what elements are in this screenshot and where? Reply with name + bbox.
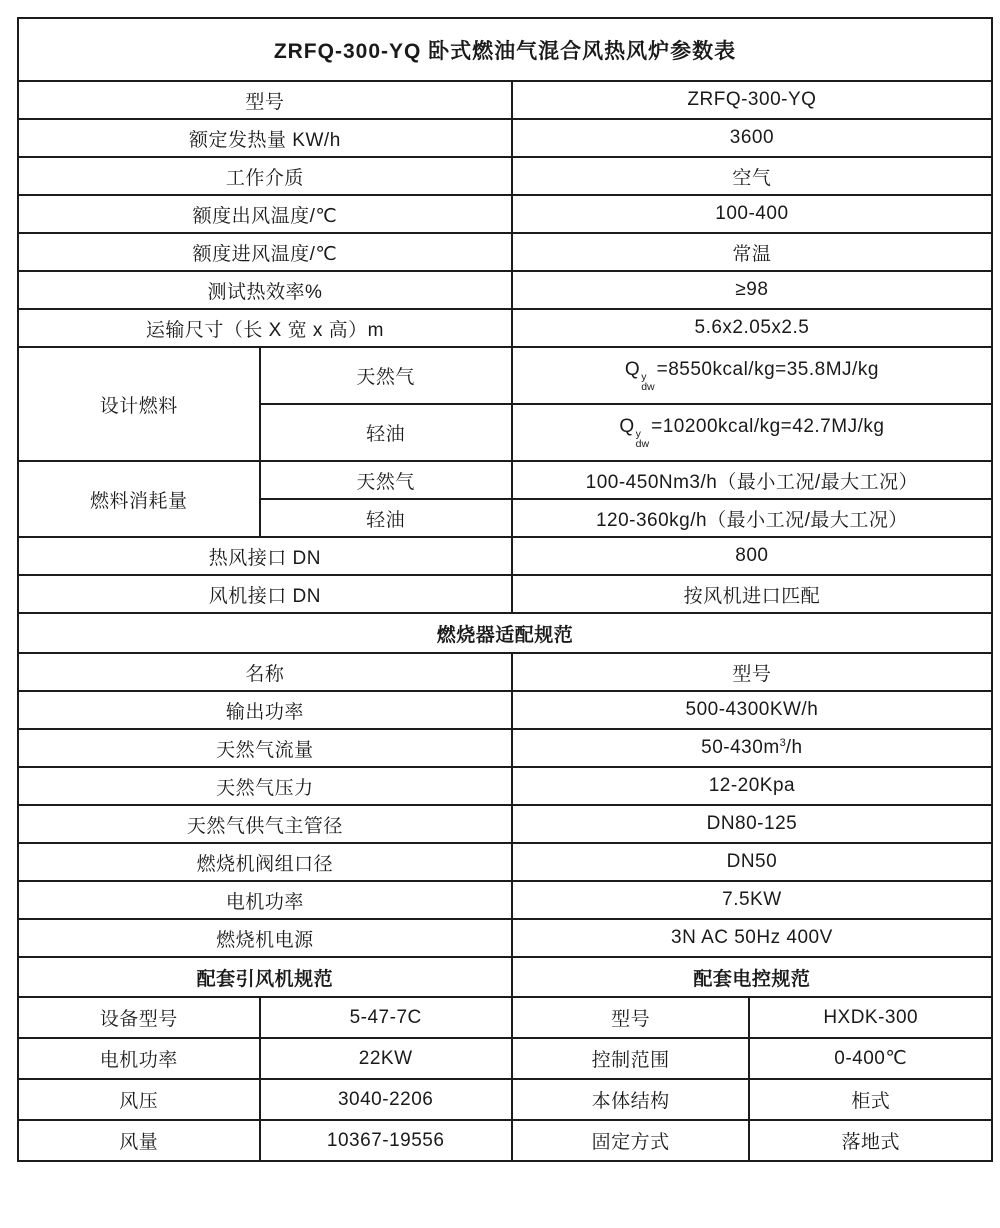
table-row-burner-power-supply: 燃烧机电源 3N AC 50Hz 400V (18, 919, 992, 957)
row-label: 型号 (18, 81, 512, 119)
row-label: 风机接口 DN (18, 575, 512, 613)
row-label: 热风接口 DN (18, 537, 512, 575)
consumption-value: 120-360kg/h（最小工况/最大工况） (512, 499, 992, 537)
row-value: 100-400 (512, 195, 992, 233)
fan-spec-value: 10367-19556 (260, 1120, 512, 1161)
q-supsub: ydw (641, 372, 654, 393)
table-row-output-power: 输出功率 500-4300KW/h (18, 691, 992, 729)
table-row-gas-flow: 天然气流量 50-430m3/h (18, 729, 992, 767)
heat-value-cell: Qydw=8550kcal/kg=35.8MJ/kg (512, 347, 992, 404)
row-value: 12-20Kpa (512, 767, 992, 805)
q-subscript: dw (636, 439, 649, 450)
table-row-fan-port: 风机接口 DN 按风机进口匹配 (18, 575, 992, 613)
row-label: 天然气供气主管径 (18, 805, 512, 843)
control-spec-value: 0-400℃ (749, 1038, 992, 1079)
gas-flow-pre: 50-430m (701, 737, 780, 758)
row-value: 7.5KW (512, 881, 992, 919)
fuel-type-label: 轻油 (260, 404, 512, 461)
row-label: 测试热效率% (18, 271, 512, 309)
table-row-burner-name: 名称 型号 (18, 653, 992, 691)
row-value: 空气 (512, 157, 992, 195)
table-row-design-fuel-gas: 设计燃料 天然气 Qydw=8550kcal/kg=35.8MJ/kg (18, 347, 992, 404)
row-value: DN80-125 (512, 805, 992, 843)
table-row-motor-power: 电机功率 7.5KW (18, 881, 992, 919)
table-row-air-volume: 风量 10367-19556 固定方式 落地式 (18, 1120, 992, 1161)
row-value: DN50 (512, 843, 992, 881)
row-label: 燃烧机电源 (18, 919, 512, 957)
table-row-inlet-temp: 额度进风温度/℃ 常温 (18, 233, 992, 271)
table-row-gas-pressure: 天然气压力 12-20Kpa (18, 767, 992, 805)
heat-value-cell: Qydw=10200kcal/kg=42.7MJ/kg (512, 404, 992, 461)
row-value: 型号 (512, 653, 992, 691)
table-row-hot-air-port: 热风接口 DN 800 (18, 537, 992, 575)
fan-spec-label: 设备型号 (18, 997, 260, 1038)
consumption-value: 100-450Nm3/h（最小工况/最大工况） (512, 461, 992, 499)
burner-section-header-row: 燃烧器适配规范 (18, 613, 992, 653)
table-row-valve-diameter: 燃烧机阀组口径 DN50 (18, 843, 992, 881)
row-label: 电机功率 (18, 881, 512, 919)
table-row-outlet-temp: 额度出风温度/℃ 100-400 (18, 195, 992, 233)
q-base: Q (625, 359, 640, 380)
furnace-spec-table: ZRFQ-300-YQ 卧式燃油气混合风热风炉参数表 型号 ZRFQ-300-Y… (17, 17, 993, 1162)
fan-spec-value: 5-47-7C (260, 997, 512, 1038)
control-spec-value: HXDK-300 (749, 997, 992, 1038)
control-spec-label: 本体结构 (512, 1079, 750, 1120)
row-label: 额定发热量 KW/h (18, 119, 512, 157)
q-base: Q (619, 416, 634, 437)
row-label: 额度进风温度/℃ (18, 233, 512, 271)
design-fuel-label: 设计燃料 (18, 347, 260, 461)
table-row-rated-heat: 额定发热量 KW/h 3600 (18, 119, 992, 157)
control-spec-label: 型号 (512, 997, 750, 1038)
fan-section-header: 配套引风机规范 (18, 957, 512, 997)
row-value: 常温 (512, 233, 992, 271)
row-value: 按风机进口匹配 (512, 575, 992, 613)
table-row-gas-main-pipe: 天然气供气主管径 DN80-125 (18, 805, 992, 843)
row-value: 5.6x2.05x2.5 (512, 309, 992, 347)
control-spec-label: 固定方式 (512, 1120, 750, 1161)
row-value: ZRFQ-300-YQ (512, 81, 992, 119)
fan-spec-value: 22KW (260, 1038, 512, 1079)
row-label: 燃烧机阀组口径 (18, 843, 512, 881)
table-row-consumption-gas: 燃料消耗量 天然气 100-450Nm3/h（最小工况/最大工况） (18, 461, 992, 499)
row-label: 额度出风温度/℃ (18, 195, 512, 233)
table-row-device-model: 设备型号 5-47-7C 型号 HXDK-300 (18, 997, 992, 1038)
control-spec-label: 控制范围 (512, 1038, 750, 1079)
row-value: 3600 (512, 119, 992, 157)
gas-flow-value: 50-430m3/h (512, 729, 992, 767)
table-row-wind-pressure: 风压 3040-2206 本体结构 柜式 (18, 1079, 992, 1120)
table-title: ZRFQ-300-YQ 卧式燃油气混合风热风炉参数表 (18, 18, 992, 81)
q-rest: =10200kcal/kg=42.7MJ/kg (651, 416, 884, 437)
fan-spec-label: 风压 (18, 1079, 260, 1120)
fuel-consumption-label: 燃料消耗量 (18, 461, 260, 537)
fan-spec-label: 风量 (18, 1120, 260, 1161)
control-spec-value: 柜式 (749, 1079, 992, 1120)
bottom-section-header-row: 配套引风机规范 配套电控规范 (18, 957, 992, 997)
title-row: ZRFQ-300-YQ 卧式燃油气混合风热风炉参数表 (18, 18, 992, 81)
row-label: 名称 (18, 653, 512, 691)
table-row-transport-size: 运输尺寸（长 X 宽 x 高）m 5.6x2.05x2.5 (18, 309, 992, 347)
table-row-model: 型号 ZRFQ-300-YQ (18, 81, 992, 119)
fan-spec-label: 电机功率 (18, 1038, 260, 1079)
q-subscript: dw (641, 382, 654, 393)
control-spec-value: 落地式 (749, 1120, 992, 1161)
q-supsub: ydw (636, 429, 649, 450)
row-value: ≥98 (512, 271, 992, 309)
row-label: 天然气压力 (18, 767, 512, 805)
row-value: 500-4300KW/h (512, 691, 992, 729)
q-rest: =8550kcal/kg=35.8MJ/kg (657, 359, 879, 380)
row-value: 3N AC 50Hz 400V (512, 919, 992, 957)
row-label: 工作介质 (18, 157, 512, 195)
fuel-type-label: 轻油 (260, 499, 512, 537)
row-label: 天然气流量 (18, 729, 512, 767)
fuel-type-label: 天然气 (260, 461, 512, 499)
row-value: 800 (512, 537, 992, 575)
table-row-thermal-efficiency: 测试热效率% ≥98 (18, 271, 992, 309)
control-section-header: 配套电控规范 (512, 957, 992, 997)
page: ZRFQ-300-YQ 卧式燃油气混合风热风炉参数表 型号 ZRFQ-300-Y… (0, 0, 1000, 1228)
gas-flow-post: /h (786, 737, 803, 758)
table-row-fan-motor-power: 电机功率 22KW 控制范围 0-400℃ (18, 1038, 992, 1079)
row-label: 运输尺寸（长 X 宽 x 高）m (18, 309, 512, 347)
row-label: 输出功率 (18, 691, 512, 729)
fan-spec-value: 3040-2206 (260, 1079, 512, 1120)
table-row-working-medium: 工作介质 空气 (18, 157, 992, 195)
burner-section-header: 燃烧器适配规范 (18, 613, 992, 653)
fuel-type-label: 天然气 (260, 347, 512, 404)
